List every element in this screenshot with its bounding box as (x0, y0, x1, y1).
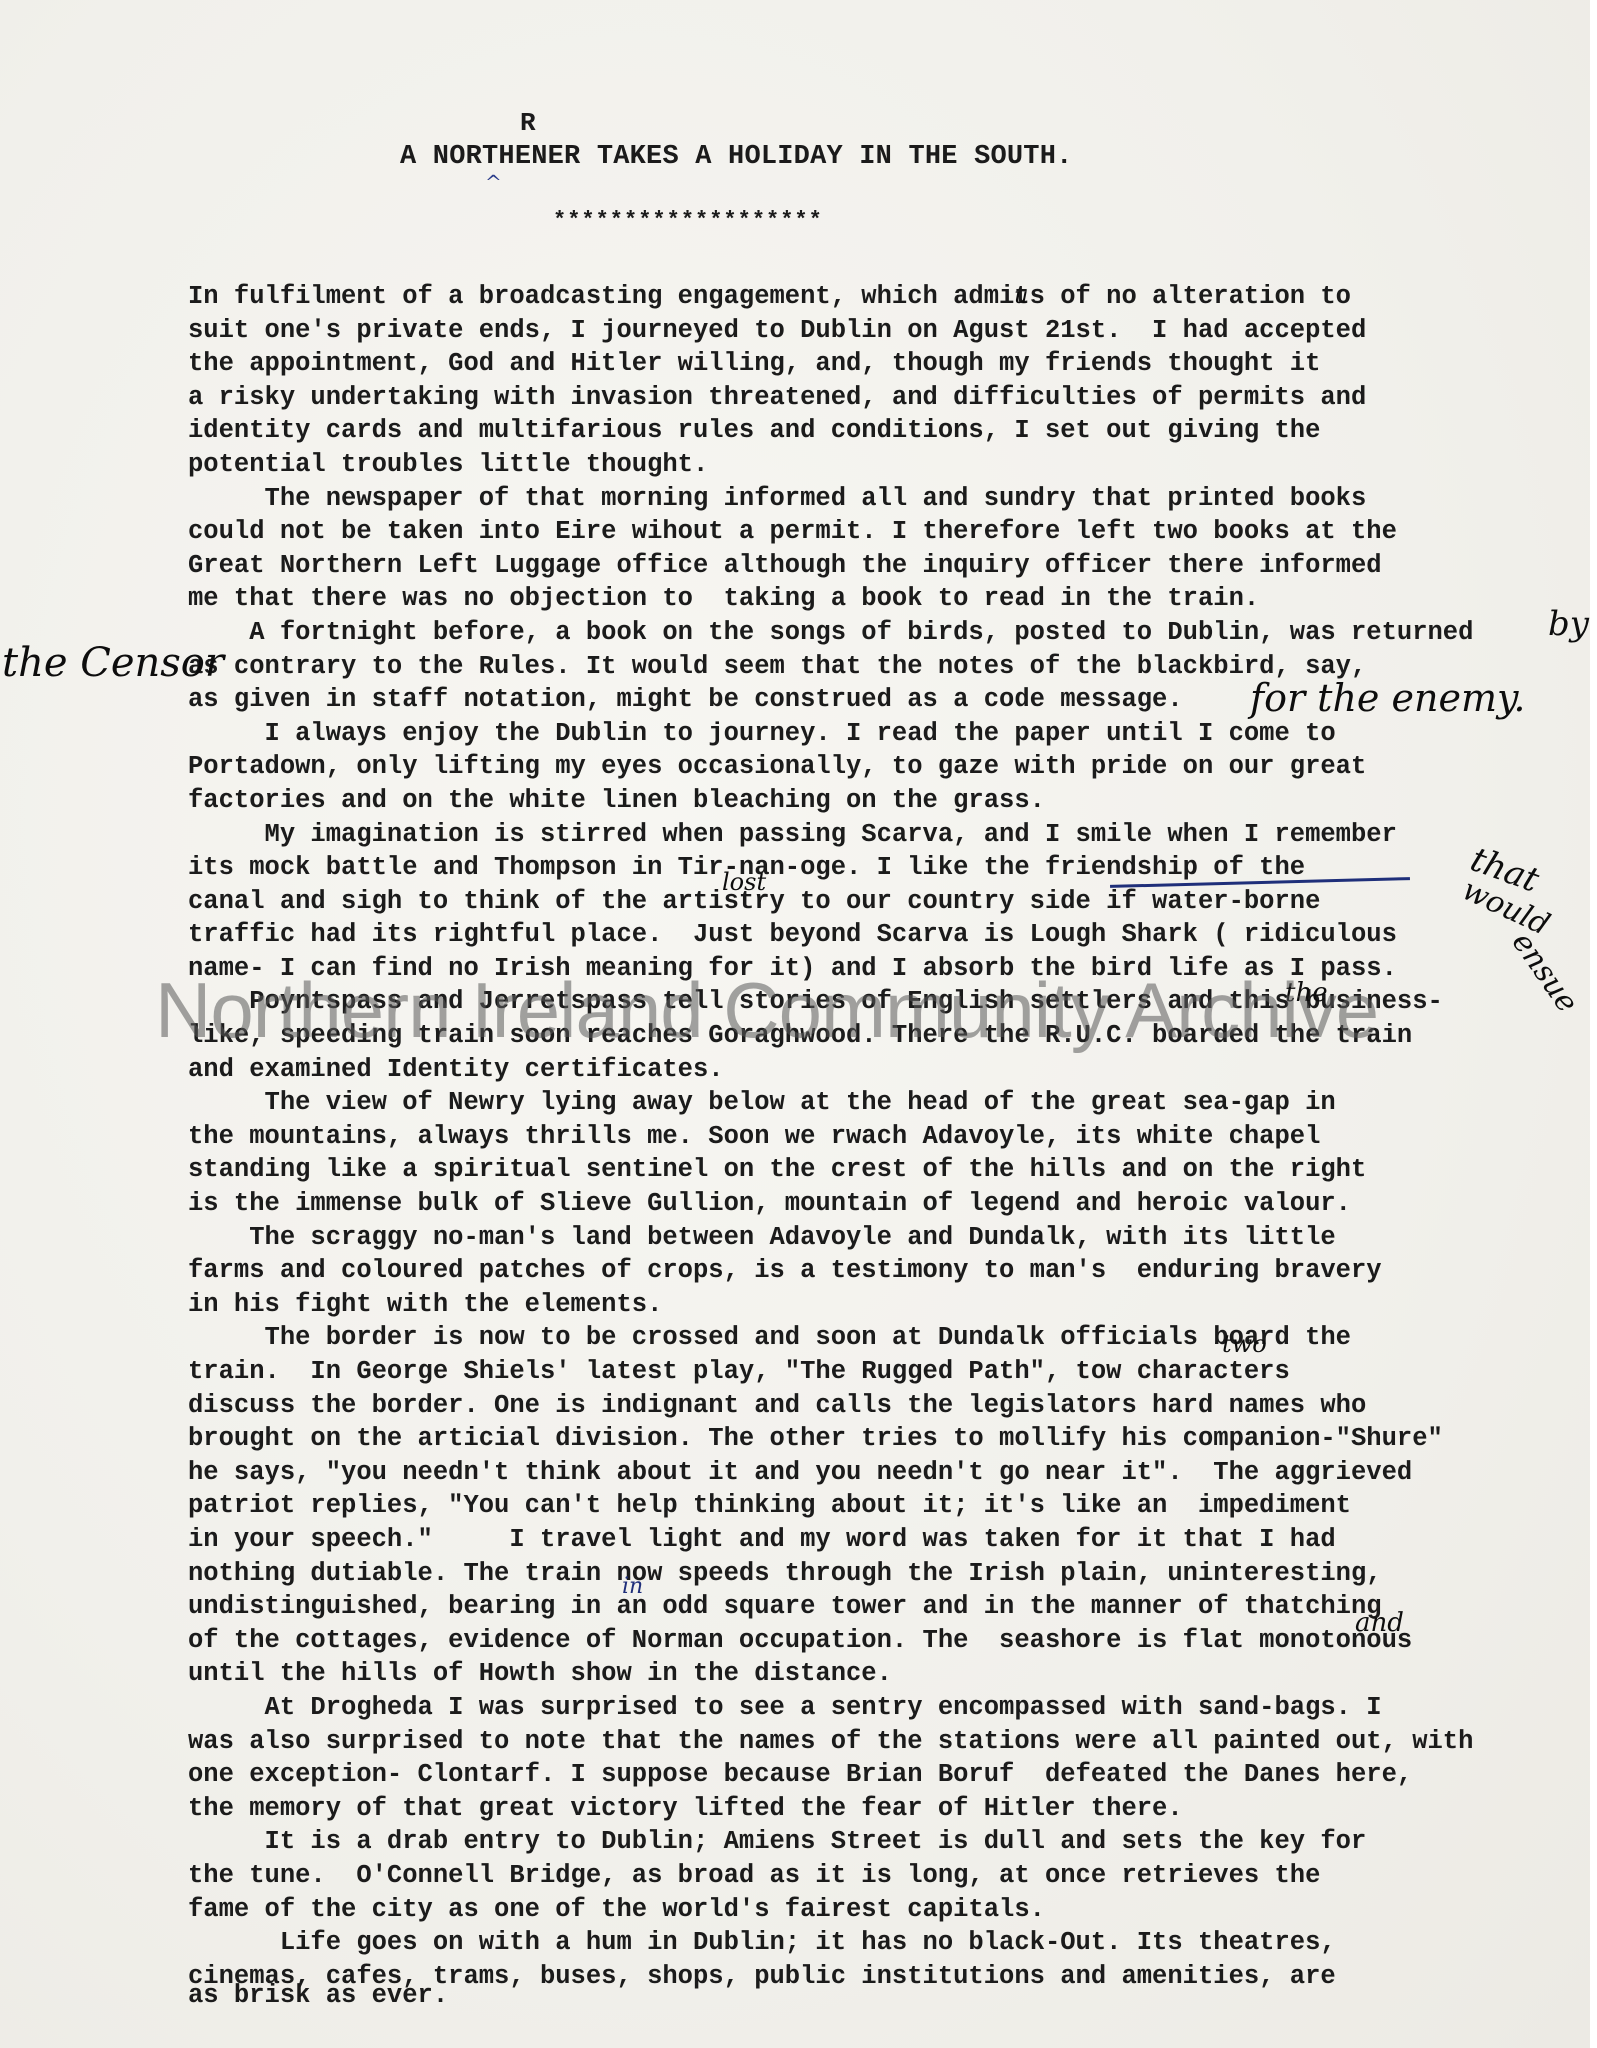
body-line: until the hills of Howth show in the dis… (188, 1657, 1548, 1691)
body-line: me that there was no objection to taking… (188, 582, 1548, 616)
body-line: A fortnight before, a book on the songs … (188, 616, 1548, 650)
handwritten-note-by: by (1548, 604, 1589, 644)
archive-watermark: Northern Ireland Community Archive (155, 965, 1378, 1056)
handwritten-insert-and: and (1355, 1608, 1404, 1638)
body-line: the tune. O'Connell Bridge, as broad as … (188, 1859, 1548, 1893)
body-line: I always enjoy the Dublin to journey. I … (188, 717, 1548, 751)
body-line: the mountains, always thrills me. Soon w… (188, 1120, 1548, 1154)
body-line: potential troubles little thought. (188, 448, 1548, 482)
document-body: In fulfilment of a broadcasting engageme… (188, 280, 1548, 2013)
body-line: in his fight with the elements. (188, 1288, 1548, 1322)
body-line: The view of Newry lying away below at th… (188, 1086, 1548, 1120)
body-line: traffic had its rightful place. Just bey… (188, 918, 1548, 952)
body-line: train. In George Shiels' latest play, "T… (188, 1355, 1548, 1389)
body-line: canal and sigh to think of the artistry … (188, 885, 1548, 919)
body-line: the appointment, God and Hitler willing,… (188, 347, 1548, 381)
title-correction-insert: R (520, 108, 536, 138)
handwritten-insert-in: in (622, 1574, 643, 1599)
body-line: he says, "you needn't think about it and… (188, 1456, 1548, 1490)
document-title: A NORTHENER TAKES A HOLIDAY IN THE SOUTH… (400, 142, 1073, 172)
handwritten-insert-two: two (1222, 1330, 1267, 1358)
body-line: It is a drab entry to Dublin; Amiens Str… (188, 1825, 1548, 1859)
caret-mark-icon: ^ (485, 170, 502, 194)
body-line: the memory of that great victory lifted … (188, 1792, 1548, 1826)
body-line: is the immense bulk of Slieve Gullion, m… (188, 1187, 1548, 1221)
body-line: one exception- Clontarf. I suppose becau… (188, 1758, 1548, 1792)
handwritten-note-the-censor: the Censor (2, 640, 224, 686)
body-line: Great Northern Left Luggage office altho… (188, 549, 1548, 583)
handwritten-note-for-the-enemy: for the enemy. (1250, 676, 1525, 720)
body-line: of the cottages, evidence of Norman occu… (188, 1624, 1548, 1658)
body-line: Life goes on with a hum in Dublin; it ha… (188, 1926, 1548, 1960)
body-line: The scraggy no-man's land between Adavoy… (188, 1221, 1548, 1255)
body-line: patriot replies, "You can't help thinkin… (188, 1489, 1548, 1523)
body-line: and examined Identity certificates. (188, 1053, 1548, 1087)
body-line: The border is now to be crossed and soon… (188, 1321, 1548, 1355)
body-line: My imagination is stirred when passing S… (188, 818, 1548, 852)
body-line: a risky undertaking with invasion threat… (188, 381, 1548, 415)
body-line: factories and on the white linen bleachi… (188, 784, 1548, 818)
body-line: brought on the articial division. The ot… (188, 1422, 1548, 1456)
handwritten-insert-u: u (1014, 284, 1028, 309)
body-line: identity cards and multifarious rules an… (188, 414, 1548, 448)
body-line: in your speech." I travel light and my w… (188, 1523, 1548, 1557)
body-line: Portadown, only lifting my eyes occasion… (188, 750, 1548, 784)
body-line: was also surprised to note that the name… (188, 1725, 1548, 1759)
body-line: nothing dutiable. The train now speeds t… (188, 1557, 1548, 1591)
body-line: undistinguished, bearing in an odd squar… (188, 1590, 1548, 1624)
body-line: In fulfilment of a broadcasting engageme… (188, 280, 1548, 314)
body-line: discuss the border. One is indignant and… (188, 1389, 1548, 1423)
body-line: At Drogheda I was surprised to see a sen… (188, 1691, 1548, 1725)
handwritten-insert-lost: lost (722, 868, 766, 896)
body-line: could not be taken into Eire wihout a pe… (188, 515, 1548, 549)
body-line: suit one's private ends, I journeyed to … (188, 314, 1548, 348)
body-line: fame of the city as one of the world's f… (188, 1893, 1548, 1927)
body-line: standing like a spiritual sentinel on th… (188, 1153, 1548, 1187)
page-edge (1590, 0, 1597, 2048)
body-line: The newspaper of that morning informed a… (188, 482, 1548, 516)
asterisk-separator: ******************* (553, 208, 823, 233)
body-line: farms and coloured patches of crops, is … (188, 1254, 1548, 1288)
